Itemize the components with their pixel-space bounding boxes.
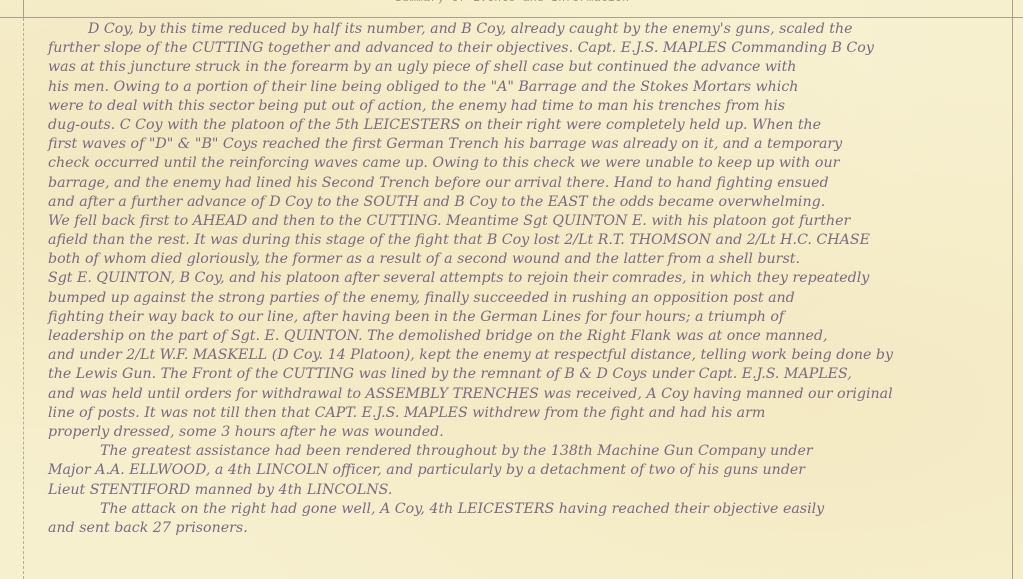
paragraph-1: D Coy, by this time reduced by half its …	[48, 20, 998, 442]
text-line: bumped up against the strong parties of …	[48, 289, 998, 308]
text-line: barrage, and the enemy had lined his Sec…	[48, 174, 998, 193]
text-line: properly dressed, some 3 hours after he …	[48, 423, 998, 442]
text-line: afield than the rest. It was during this…	[48, 231, 998, 250]
paragraph-2: The greatest assistance had been rendere…	[48, 442, 998, 500]
text-line: was at this juncture struck in the forea…	[48, 58, 998, 77]
text-line: his men. Owing to a portion of their lin…	[48, 78, 998, 97]
paragraph-3: The attack on the right had gone well, A…	[48, 500, 998, 538]
text-line: further slope of the CUTTING together an…	[48, 39, 998, 58]
left-margin-rule	[23, 18, 24, 579]
text-line: both of whom died gloriously, the former…	[48, 250, 998, 269]
text-line: line of posts. It was not till then that…	[48, 404, 998, 423]
text-line: and after a further advance of D Coy to …	[48, 193, 998, 212]
text-line: The attack on the right had gone well, A…	[48, 500, 998, 519]
text-line: Sgt E. QUINTON, B Coy, and his platoon a…	[48, 269, 998, 288]
text-line: dug-outs. C Coy with the platoon of the …	[48, 116, 998, 135]
text-line: and sent back 27 prisoners.	[48, 519, 998, 538]
text-line: the Lewis Gun. The Front of the CUTTING …	[48, 365, 998, 384]
text-line: and under 2/Lt W.F. MASKELL (D Coy. 14 P…	[48, 346, 998, 365]
header-rule	[0, 17, 1023, 18]
handwritten-entry: D Coy, by this time reduced by half its …	[48, 20, 998, 538]
text-line: Major A.A. ELLWOOD, a 4th LINCOLN office…	[48, 461, 998, 480]
text-line: fighting their way back to our line, aft…	[48, 308, 998, 327]
header-title: Summary of Events and Information	[395, 0, 629, 5]
text-line: We fell back first to AHEAD and then to …	[48, 212, 998, 231]
text-line: The greatest assistance had been rendere…	[48, 442, 998, 461]
page-header: Summary of Events and Information	[0, 0, 1023, 17]
text-line: and was held until orders for withdrawal…	[48, 385, 998, 404]
text-line: D Coy, by this time reduced by half its …	[48, 20, 998, 39]
text-line: first waves of "D" & "B" Coys reached th…	[48, 135, 998, 154]
text-line: Lieut STENTIFORD manned by 4th LINCOLNS.	[48, 481, 998, 500]
text-line: check occurred until the reinforcing wav…	[48, 154, 998, 173]
text-line: were to deal with this sector being put …	[48, 97, 998, 116]
text-line: leadership on the part of Sgt. E. QUINTO…	[48, 327, 998, 346]
right-margin-rule	[1012, 0, 1013, 579]
left-margin-rule-top	[23, 0, 24, 17]
